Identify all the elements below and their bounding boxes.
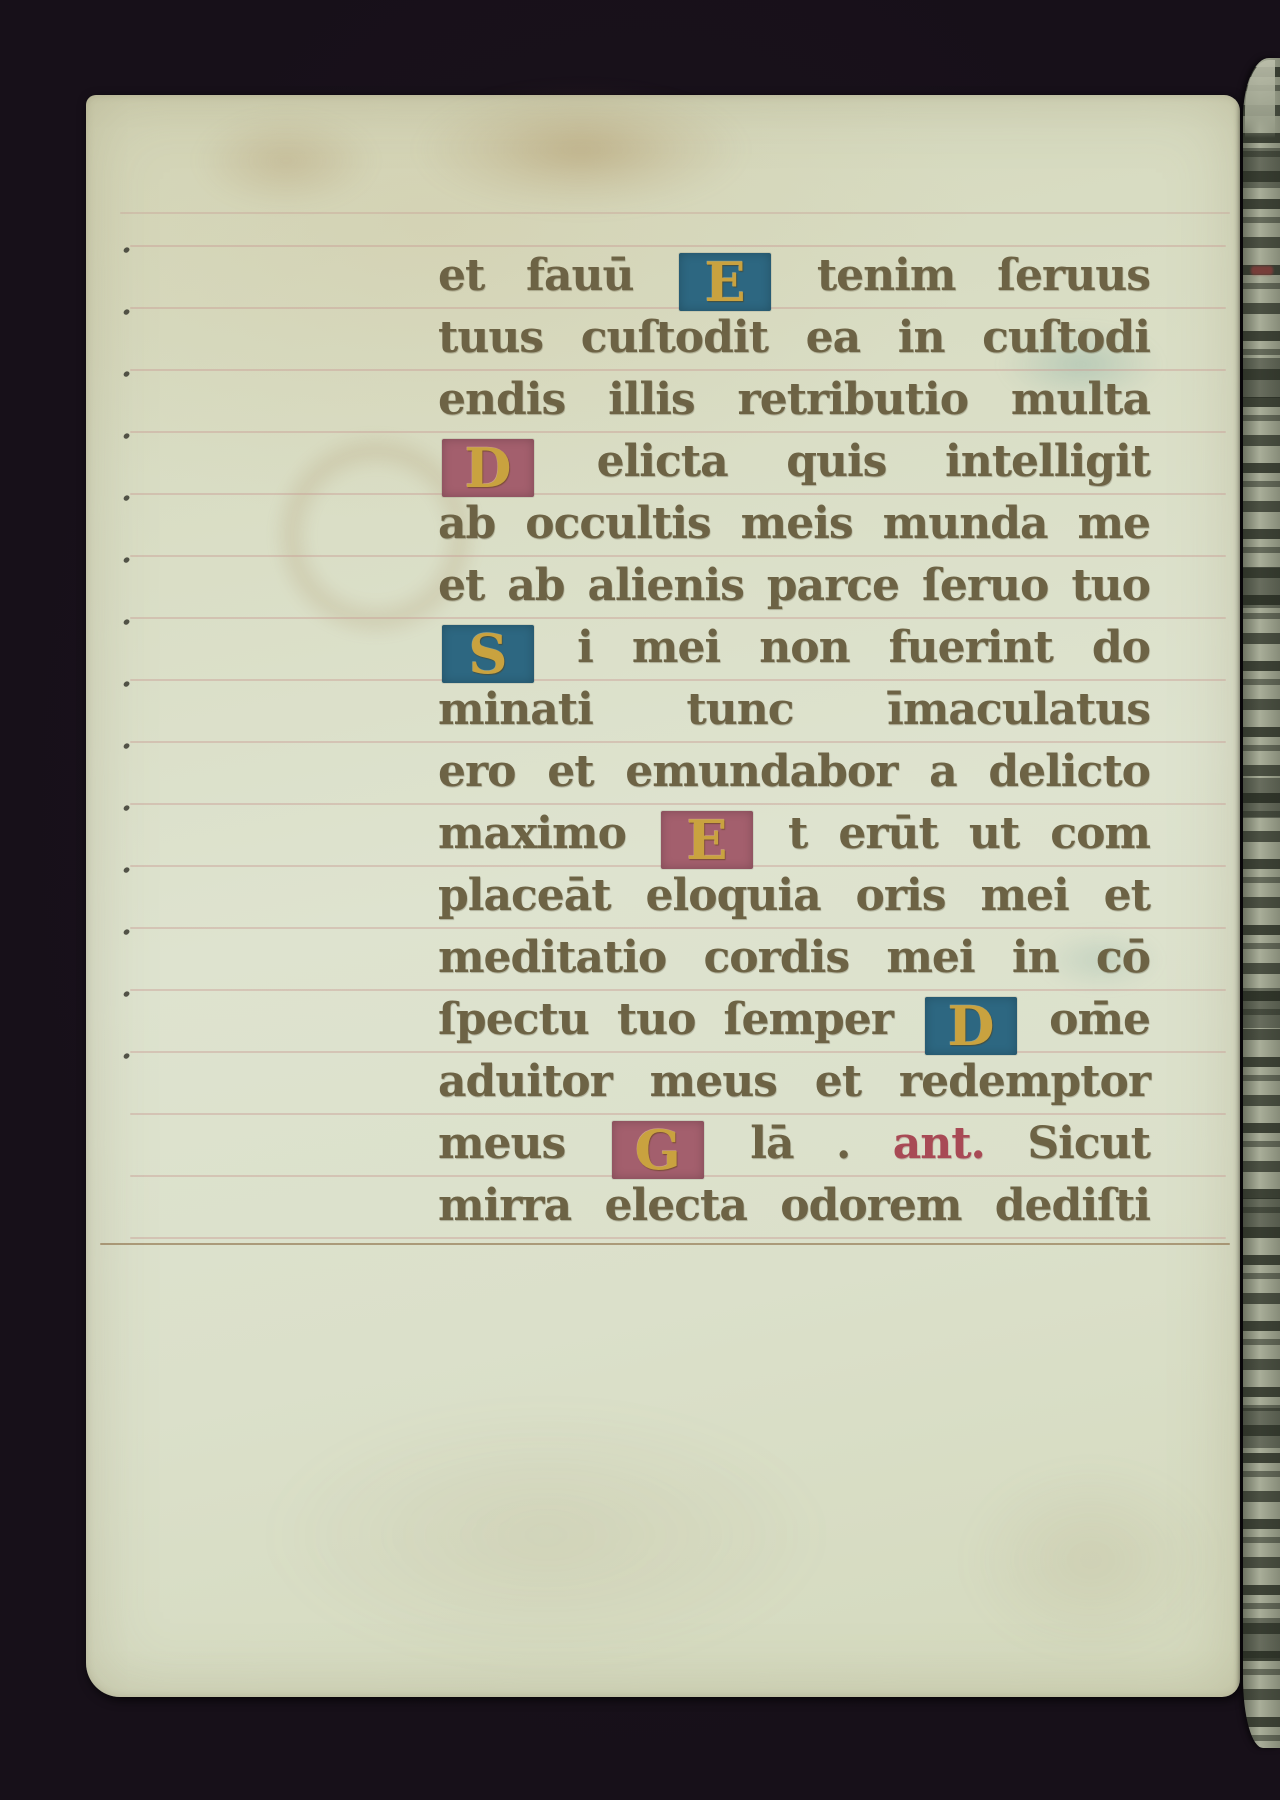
- text-block: et fauū E tenim ſeruustuus cuſtodit ea i…: [438, 245, 1150, 1237]
- manuscript-page: et fauū E tenim ſeruustuus cuſtodit ea i…: [86, 95, 1240, 1697]
- body-text: meditatio cordis mei in cō: [438, 932, 1150, 983]
- body-text: et fauū: [438, 250, 633, 301]
- illuminated-initial-D: D: [925, 997, 1017, 1055]
- text-line-11: placeāt eloquia oris mei et: [438, 865, 1150, 927]
- text-line-6: et ab alienis parce ſeruo tuo: [438, 555, 1150, 617]
- illuminated-initial-D: D: [442, 439, 534, 497]
- body-text: minati tunc īmaculatus: [438, 684, 1150, 735]
- text-line-3: endis illis retributio multa: [438, 369, 1150, 431]
- ruled-line: [120, 212, 1230, 214]
- text-line-5: ab occultis meis munda me: [438, 493, 1150, 555]
- body-text: tenim ſeruus: [817, 250, 1150, 301]
- text-line-12: meditatio cordis mei in cō: [438, 927, 1150, 989]
- ruled-line: [130, 1237, 1226, 1239]
- body-text: aduitor meus et redemptor: [438, 1056, 1150, 1107]
- body-text: placeāt eloquia oris mei et: [438, 870, 1150, 921]
- ruled-line: [100, 1243, 1230, 1245]
- body-text: meus: [438, 1118, 565, 1169]
- body-text: t erūt ut com: [788, 808, 1150, 859]
- body-text: Sicut: [1027, 1118, 1150, 1169]
- gold-initial-letter: E: [705, 255, 746, 309]
- body-text: lā .: [750, 1118, 850, 1169]
- body-text: ab occultis meis munda me: [438, 498, 1150, 549]
- gold-initial-letter: G: [635, 1123, 681, 1177]
- body-text: mirra electa odorem dediſti: [438, 1180, 1150, 1231]
- text-line-8: minati tunc īmaculatus: [438, 679, 1150, 741]
- text-line-7: S i mei non fuerint do: [438, 617, 1150, 679]
- rubric-text: ant.: [893, 1118, 985, 1169]
- page-curl: [1245, 60, 1275, 138]
- body-text: om̄e: [1049, 994, 1150, 1045]
- body-text: endis illis retributio multa: [438, 374, 1150, 425]
- illuminated-initial-E: E: [679, 253, 771, 311]
- body-text: tuus cuſtodit ea in cuſtodi: [438, 312, 1150, 363]
- body-text: i mei non fuerint do: [577, 622, 1150, 673]
- body-text: elicta quis intelligit: [597, 436, 1150, 487]
- illuminated-initial-E: E: [661, 811, 753, 869]
- text-line-13: ſpectu tuo ſemper D om̄e: [438, 989, 1150, 1051]
- text-line-15: meus G lā . ant. Sicut: [438, 1113, 1150, 1175]
- text-line-16: mirra electa odorem dediſti: [438, 1175, 1150, 1237]
- book-fore-edge: [1243, 58, 1280, 1748]
- body-text: ero et emundabor a delicto: [438, 746, 1150, 797]
- text-line-10: maximo E t erūt ut com: [438, 803, 1150, 865]
- text-line-9: ero et emundabor a delicto: [438, 741, 1150, 803]
- text-line-2: tuus cuſtodit ea in cuſtodi: [438, 307, 1150, 369]
- gold-initial-letter: S: [469, 627, 508, 681]
- gold-initial-letter: D: [948, 999, 995, 1053]
- illuminated-initial-G: G: [612, 1121, 704, 1179]
- gold-initial-letter: D: [465, 441, 512, 495]
- body-text: ſpectu tuo ſemper: [438, 994, 893, 1045]
- gold-initial-letter: E: [686, 813, 727, 867]
- body-text: et ab alienis parce ſeruo tuo: [438, 560, 1150, 611]
- body-text: maximo: [438, 808, 626, 859]
- text-line-14: aduitor meus et redemptor: [438, 1051, 1150, 1113]
- text-line-1: et fauū E tenim ſeruus: [438, 245, 1150, 307]
- illuminated-initial-S: S: [442, 625, 534, 683]
- text-line-4: D elicta quis intelligit: [438, 431, 1150, 493]
- rubric-edge-mark: [1251, 266, 1273, 275]
